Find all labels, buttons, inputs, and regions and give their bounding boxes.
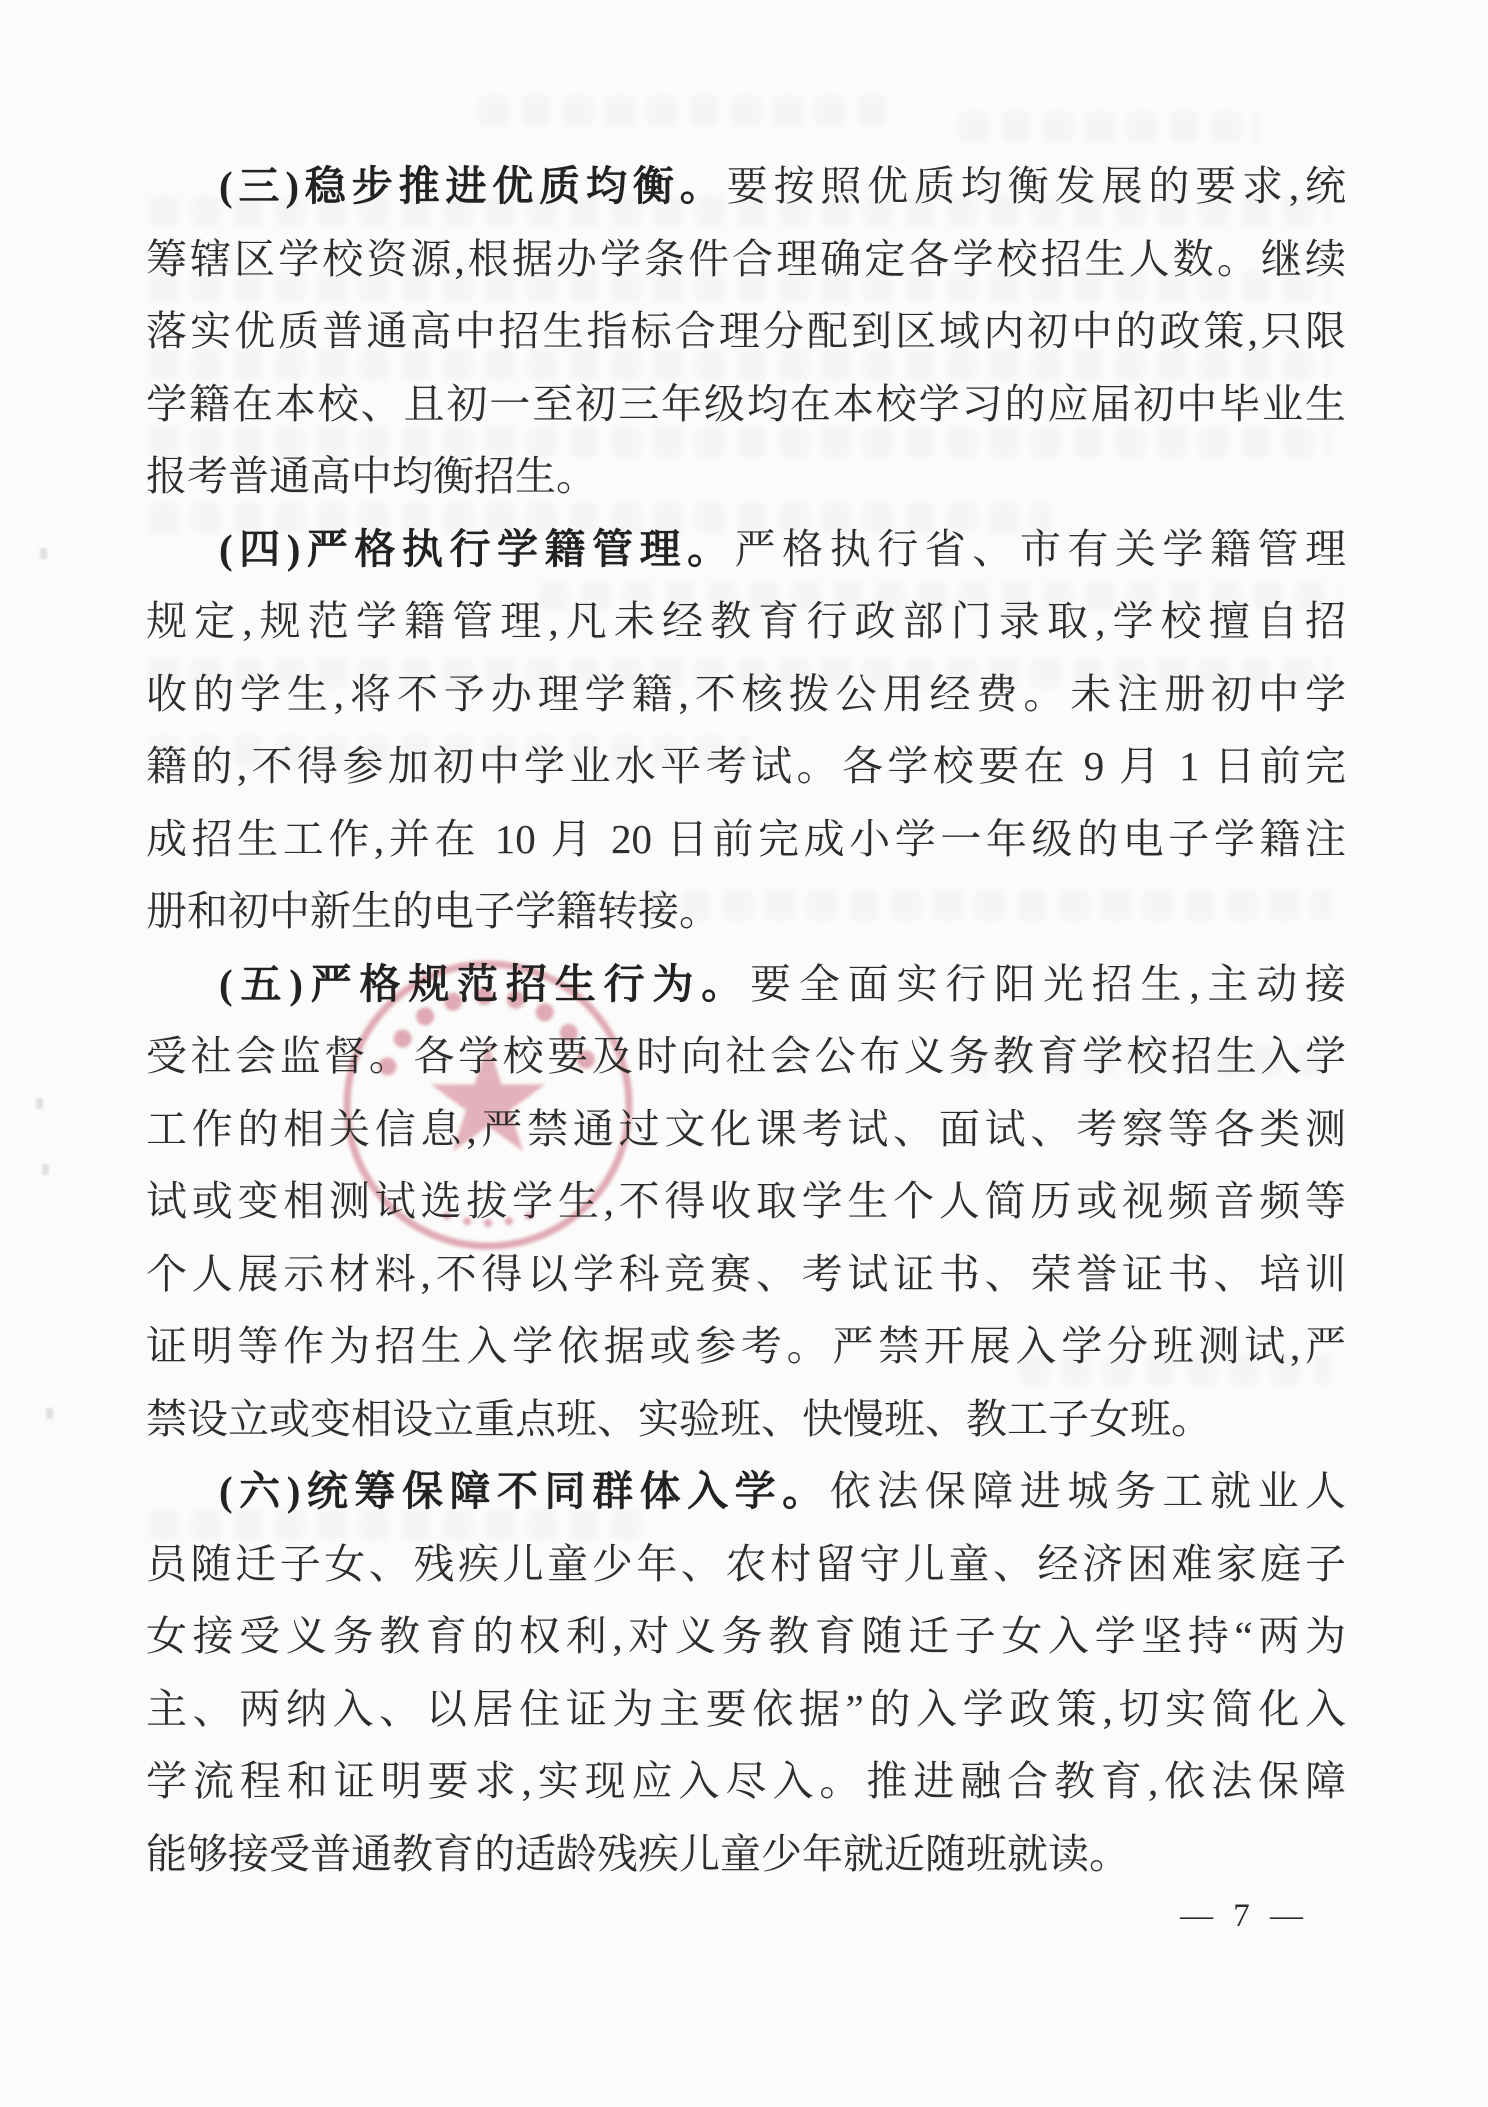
text-line: 规定,规范学籍管理,凡未经教育行政部门录取,学校擅自招 [146, 585, 1346, 658]
paragraph-text: 依法保障进城务工就业人 [830, 1468, 1346, 1514]
scan-speck [42, 1164, 49, 1175]
paragraph-text: 规定,规范学籍管理,凡未经教育行政部门录取,学校擅自招 [146, 598, 1346, 644]
text-line: 学流程和证明要求,实现应入尽入。推进融合教育,依法保障 [146, 1745, 1346, 1818]
text-line: (六)统筹保障不同群体入学。依法保障进城务工就业人 [146, 1455, 1346, 1528]
paragraph-heading: (五)严格规范招生行为。 [219, 961, 750, 1007]
text-line: 成招生工作,并在 10 月 20 日前完成小学一年级的电子学籍注 [146, 803, 1346, 876]
paragraph-text: 能够接受普通教育的适龄残疾儿童少年就近随班就读。 [146, 1831, 1130, 1877]
text-line: 主、两纳入、以居住证为主要依据”的入学政策,切实简化入 [146, 1673, 1346, 1746]
text-line: 册和初中新生的电子学籍转接。 [146, 875, 1346, 948]
paragraph-text: 禁设立或变相设立重点班、实验班、快慢班、教工子女班。 [146, 1396, 1212, 1442]
text-line: 个人展示材料,不得以学科竞赛、考试证书、荣誉证书、培训 [146, 1238, 1346, 1311]
text-line: 证明等作为招生入学依据或参考。严禁开展入学分班测试,严 [146, 1310, 1346, 1383]
text-line: 受社会监督。各学校要及时向社会公布义务教育学校招生入学 [146, 1020, 1346, 1093]
paragraph-heading: (三)稳步推进优质均衡。 [219, 163, 727, 209]
text-line: 筹辖区学校资源,根据办学条件合理确定各学校招生人数。继续 [146, 223, 1346, 296]
text-line: 禁设立或变相设立重点班、实验班、快慢班、教工子女班。 [146, 1383, 1346, 1456]
paragraph-heading: (六)统筹保障不同群体入学。 [219, 1468, 830, 1514]
paragraph-text: 成招生工作,并在 10 月 20 日前完成小学一年级的电子学籍注 [146, 816, 1346, 862]
text-line: 工作的相关信息,严禁通过文化课考试、面试、考察等各类测 [146, 1093, 1346, 1166]
text-line: 收的学生,将不予办理学籍,不核拨公用经费。未注册初中学 [146, 658, 1346, 731]
paragraph-text: 要全面实行阳光招生,主动接 [750, 961, 1346, 1007]
text-line: 报考普通高中均衡招生。 [146, 440, 1346, 513]
paragraph-text: 严格执行省、市有关学籍管理 [735, 526, 1346, 572]
text-line: 籍的,不得参加初中学业水平考试。各学校要在 9 月 1 日前完 [146, 730, 1346, 803]
text-line: (三)稳步推进优质均衡。要按照优质均衡发展的要求,统 [146, 150, 1346, 223]
page-number: — 7 — [1180, 1898, 1309, 1935]
paragraph-text: 筹辖区学校资源,根据办学条件合理确定各学校招生人数。继续 [146, 236, 1346, 282]
paragraph-text: 落实优质普通高中招生指标合理分配到区域内初中的政策,只限 [146, 308, 1346, 354]
text-line: (五)严格规范招生行为。要全面实行阳光招生,主动接 [146, 948, 1346, 1021]
paragraph-text: 要按照优质均衡发展的要求,统 [727, 163, 1346, 209]
paragraph-text: 受社会监督。各学校要及时向社会公布义务教育学校招生入学 [146, 1033, 1346, 1079]
paragraph-text: 主、两纳入、以居住证为主要依据”的入学政策,切实简化入 [146, 1686, 1346, 1732]
scan-speck [36, 1098, 43, 1109]
paragraph-text: 学流程和证明要求,实现应入尽入。推进融合教育,依法保障 [146, 1758, 1346, 1804]
paragraph-text: 员随迁子女、残疾儿童少年、农村留守儿童、经济困难家庭子 [146, 1541, 1346, 1587]
scan-speck [46, 1408, 53, 1419]
paragraph-text: 学籍在本校、且初一至初三年级均在本校学习的应届初中毕业生 [146, 381, 1346, 427]
text-line: 试或变相测试选拔学生,不得收取学生个人简历或视频音频等 [146, 1165, 1346, 1238]
paragraph-text: 收的学生,将不予办理学籍,不核拨公用经费。未注册初中学 [146, 671, 1346, 717]
bleedthrough-ghost-line [960, 112, 1260, 142]
text-line: 落实优质普通高中招生指标合理分配到区域内初中的政策,只限 [146, 295, 1346, 368]
paragraph-text: 女接受义务教育的权利,对义务教育随迁子女入学坚持“两为 [146, 1613, 1346, 1659]
document-body: (三)稳步推进优质均衡。要按照优质均衡发展的要求,统筹辖区学校资源,根据办学条件… [146, 150, 1346, 1890]
bleedthrough-ghost-line [480, 96, 900, 126]
paragraph-text: 报考普通高中均衡招生。 [146, 453, 597, 499]
paragraph-text: 个人展示材料,不得以学科竞赛、考试证书、荣誉证书、培训 [146, 1251, 1346, 1297]
text-line: 能够接受普通教育的适龄残疾儿童少年就近随班就读。 [146, 1818, 1346, 1891]
paragraph-text: 工作的相关信息,严禁通过文化课考试、面试、考察等各类测 [146, 1106, 1346, 1152]
paragraph-text: 证明等作为招生入学依据或参考。严禁开展入学分班测试,严 [146, 1323, 1346, 1369]
text-line: 学籍在本校、且初一至初三年级均在本校学习的应届初中毕业生 [146, 368, 1346, 441]
text-line: 员随迁子女、残疾儿童少年、农村留守儿童、经济困难家庭子 [146, 1528, 1346, 1601]
text-line: 女接受义务教育的权利,对义务教育随迁子女入学坚持“两为 [146, 1600, 1346, 1673]
paragraph-heading: (四)严格执行学籍管理。 [219, 526, 735, 572]
text-line: (四)严格执行学籍管理。严格执行省、市有关学籍管理 [146, 513, 1346, 586]
paragraph-text: 试或变相测试选拔学生,不得收取学生个人简历或视频音频等 [146, 1178, 1346, 1224]
paragraph-text: 籍的,不得参加初中学业水平考试。各学校要在 9 月 1 日前完 [146, 743, 1346, 789]
scan-speck [40, 548, 47, 559]
scanned-document-page: (三)稳步推进优质均衡。要按照优质均衡发展的要求,统筹辖区学校资源,根据办学条件… [0, 0, 1488, 2107]
paragraph-text: 册和初中新生的电子学籍转接。 [146, 888, 720, 934]
